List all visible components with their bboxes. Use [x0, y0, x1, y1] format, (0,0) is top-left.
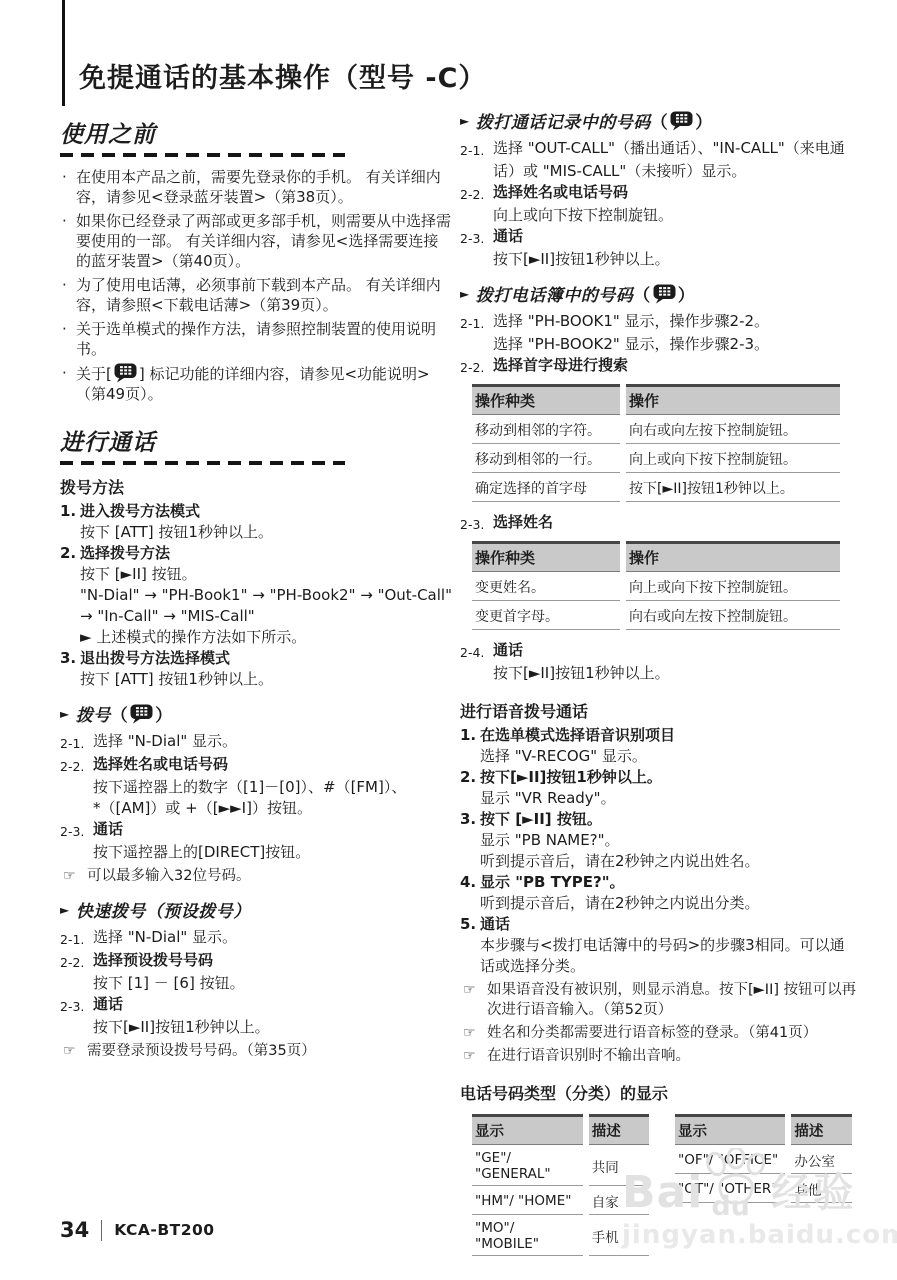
substep: 2-1. 选择 "OUT-CALL"（播出通话）、"IN-CALL"（来电通: [460, 138, 858, 161]
substep-title: 通话: [493, 226, 523, 249]
cell: 移动到相邻的字符。: [472, 415, 620, 444]
substep-body: 按下遥控器上的数字（[1]－[0]）、#（[FM]）、: [93, 777, 452, 798]
watermark-text: Bai: [622, 1167, 703, 1218]
table-header-row: 操作种类 操作: [472, 384, 840, 415]
step-title: 在选单模式选择语音识别项目: [480, 725, 675, 746]
substep: 2-1. 选择 "N-Dial" 显示。: [60, 731, 452, 754]
list-item: · 关于选单模式的操作方法，请参照控制装置的使用说明书。: [60, 319, 452, 359]
menu-bubble-icon: [670, 111, 693, 131]
dashed-rule: [60, 461, 345, 465]
footer-divider: [101, 1220, 102, 1241]
group-heading-phone-type: 电话号码类型（分类）的显示: [460, 1081, 858, 1104]
substep-text: 选择 "OUT-CALL"（播出通话）、"IN-CALL"（来电通: [493, 138, 845, 161]
baidu-jingyan-watermark: Bai du 经验 jingyan.baidu.com: [622, 1148, 872, 1250]
substep-number: 2-3.: [460, 226, 493, 249]
step-body: → "In-Call" → "MIS-Call": [80, 606, 452, 627]
step-number: 3.: [460, 809, 480, 830]
table-header-row: 显示 描述: [472, 1114, 649, 1145]
step-title: 选择拨号方法: [80, 543, 170, 564]
substep-number: 2-4.: [460, 640, 493, 663]
substep-body: 选择 "PH-BOOK2" 显示，操作步骤2-3。: [493, 334, 858, 355]
step-title: 通话: [480, 914, 510, 935]
note-hand-icon: ☞: [463, 1023, 487, 1043]
title-side-rule: [62, 0, 65, 106]
substep-number: 2-3.: [60, 819, 93, 842]
substep-text: 选择 "N-Dial" 显示。: [93, 731, 237, 754]
substep-text: 选择 "N-Dial" 显示。: [93, 927, 237, 950]
table-header-row: 显示 描述: [675, 1114, 852, 1145]
step-number: 3.: [60, 648, 80, 669]
substep-body: 按下[►II]按钮1秒钟以上。: [493, 663, 858, 684]
list-item: · 如果你已经登录了两部或更多部手机，则需要从中选择需要使用的一部。 有关详细内…: [60, 211, 452, 271]
substep-body: 按下[►II]按钮1秒钟以上。: [493, 249, 858, 270]
note-text: 姓名和分类都需要进行语音标签的登录。（第41页）: [487, 1023, 858, 1043]
page-number: 34: [60, 1218, 89, 1242]
substep-number: 2-3.: [60, 994, 93, 1017]
menu-bubble-icon: [114, 363, 137, 383]
cell: "MO"/ "MOBILE": [472, 1215, 583, 1256]
step-body: 选择 "V-RECOG" 显示。: [480, 746, 858, 767]
column-header: 操作种类: [472, 541, 620, 572]
note-text: 需要登录预设拨号号码。（第35页）: [87, 1041, 452, 1061]
note-text: 可以最多输入32位号码。: [87, 866, 452, 886]
step: 1. 进入拨号方法模式: [60, 501, 452, 522]
column-header: 操作: [626, 384, 840, 415]
bullet-text: 关于[] 标记功能的详细内容，请参见<功能说明>（第49页）。: [76, 363, 452, 404]
substep-number: 2-3.: [460, 512, 493, 535]
step-title: 显示 "PB TYPE?"。: [480, 872, 625, 893]
arrowhead-icon: ►: [60, 903, 70, 917]
substep-body: 向上或向下按下控制旋钮。: [493, 205, 858, 226]
step: 3. 按下 [►II] 按钮。: [460, 809, 858, 830]
step-body: 显示 "PB NAME?"。: [480, 830, 858, 851]
watermark-text: 经验: [771, 1161, 855, 1218]
note-hand-icon: ☞: [63, 1041, 87, 1061]
note-hand-icon: ☞: [463, 980, 487, 1020]
dashed-rule: [60, 153, 345, 157]
substep-title: 选择姓名或电话号码: [93, 754, 228, 777]
substep: 2-2. 选择姓名或电话号码: [460, 182, 858, 205]
step: 3. 退出拨号方法选择模式: [60, 648, 452, 669]
column-header: 描述: [589, 1114, 649, 1145]
paren-open: （: [111, 701, 129, 726]
bullet-icon: ·: [60, 275, 76, 315]
step-title: 退出拨号方法选择模式: [80, 648, 230, 669]
cell: 向右或向左按下控制旋钮。: [626, 415, 840, 444]
cell: 按下[►II]按钮1秒钟以上。: [626, 473, 840, 502]
note: ☞ 如果语音没有被识别，则显示消息。按下[►II] 按钮可以再次进行语音输入。（…: [463, 980, 858, 1020]
step-number: 1.: [60, 501, 80, 522]
column-header: 显示: [675, 1114, 785, 1145]
cell: "HM"/ "HOME": [472, 1186, 583, 1215]
list-item: · 在使用本产品之前，需要先登录你的手机。 有关详细内容，请参见<登录蓝牙装置>…: [60, 167, 452, 207]
cell: "GE"/ "GENERAL": [472, 1145, 583, 1186]
substep: 2-3. 通话: [60, 994, 452, 1017]
list-item: · 为了使用电话薄，必须事前下载到本产品。 有关详细内容，请参照<下载电话薄>（…: [60, 275, 452, 315]
step: 1. 在选单模式选择语音识别项目: [460, 725, 858, 746]
substep-body: 按下遥控器上的[DIRECT]按钮。: [93, 842, 452, 863]
cell: 移动到相邻的一行。: [472, 444, 620, 473]
step-number: 2.: [60, 543, 80, 564]
bullet-text: 如果你已经登录了两部或更多部手机，则需要从中选择需要使用的一部。 有关详细内容，…: [76, 211, 452, 271]
substep-text: 选择 "PH-BOOK1" 显示，操作步骤2-2。: [493, 311, 769, 334]
arrowhead-icon: ►: [60, 707, 70, 721]
substep: 2-3. 通话: [60, 819, 452, 842]
step-number: 4.: [460, 872, 480, 893]
substep-body: *（[AM]）或 +（[►►I]）按钮。: [93, 798, 452, 819]
substep-number: 2-1.: [60, 927, 93, 950]
substep-number: 2-1.: [460, 311, 493, 334]
cell: 向右或向左按下控制旋钮。: [626, 601, 840, 630]
substep: 2-4. 通话: [460, 640, 858, 663]
substep: 2-3. 通话: [460, 226, 858, 249]
step-number: 1.: [460, 725, 480, 746]
menu-bubble-icon: [653, 284, 676, 304]
watermark-logo: Bai du 经验: [622, 1148, 872, 1218]
column-header: 描述: [791, 1114, 852, 1145]
substep: 2-3. 选择姓名: [460, 512, 858, 535]
subheading-label: 拨打电话簿中的号码: [476, 281, 634, 306]
watermark-text: du: [711, 1191, 750, 1222]
substep-number: 2-2.: [60, 754, 93, 777]
step-title: 按下[►II]按钮1秒钟以上。: [480, 767, 662, 788]
substep-title: 选择预设拨号号码: [93, 950, 213, 973]
substep-title: 选择姓名或电话号码: [493, 182, 628, 205]
group-heading-voice-dial: 进行语音拨号通话: [460, 699, 858, 722]
paren-close: ）: [695, 108, 713, 133]
paren-close: ）: [155, 701, 173, 726]
step-body: 本步骤与<拨打电话簿中的号码>的步骤3相同。可以通话或选择分类。: [480, 935, 858, 977]
left-column: 使用之前 · 在使用本产品之前，需要先登录你的手机。 有关详细内容，请参见<登录…: [60, 116, 452, 1064]
substep-number: 2-1.: [60, 731, 93, 754]
step-body: 按下 [ATT] 按钮1秒钟以上。: [80, 669, 452, 690]
bullet-icon: ·: [60, 319, 76, 359]
section-heading-calling: 进行通话: [60, 424, 452, 457]
step-title: 按下 [►II] 按钮。: [480, 809, 602, 830]
step-number: 5.: [460, 914, 480, 935]
step-body: 听到提示音后，请在2秒钟之内说出分类。: [480, 893, 858, 914]
subheading-label: 拨号: [76, 701, 111, 726]
substep-title: 通话: [93, 819, 123, 842]
cell: 确定选择的首字母: [472, 473, 620, 502]
table-header-row: 操作种类 操作: [472, 541, 840, 572]
step-body: ► 上述模式的操作方法如下所示。: [80, 627, 452, 648]
group-heading-dial-method: 拨号方法: [60, 475, 452, 498]
arrowhead-icon: ►: [460, 287, 470, 301]
subheading-speed-dial: ► 快速拨号（预设拨号）: [60, 897, 452, 922]
right-column: ► 拨打通话记录中的号码 （ ） 2-1. 选择 "OUT-CALL"（播出通话…: [460, 108, 858, 1266]
step: 4. 显示 "PB TYPE?"。: [460, 872, 858, 893]
paren-open: （: [651, 108, 669, 133]
substep-body: 话）或 "MIS-CALL"（未接听）显示。: [493, 161, 858, 182]
substep: 2-2. 选择预设拨号号码: [60, 950, 452, 973]
note-hand-icon: ☞: [63, 866, 87, 886]
substep: 2-1. 选择 "N-Dial" 显示。: [60, 927, 452, 950]
step-body: "N-Dial" → "PH-Book1" → "PH-Book2" → "Ou…: [80, 585, 452, 606]
substep-title: 选择姓名: [493, 512, 553, 535]
cell: 向上或向下按下控制旋钮。: [626, 444, 840, 473]
substep-body: 按下 [1] － [6] 按钮。: [93, 973, 452, 994]
step-body: 听到提示音后，请在2秒钟之内说出姓名。: [480, 851, 858, 872]
bullet-text: 为了使用电话薄，必须事前下载到本产品。 有关详细内容，请参照<下载电话薄>（第3…: [76, 275, 452, 315]
cell: 变更姓名。: [472, 572, 620, 601]
cell: 向上或向下按下控制旋钮。: [626, 572, 840, 601]
search-operation-table: 操作种类 操作 移动到相邻的字符。 向右或向左按下控制旋钮。 移动到相邻的一行。…: [466, 384, 846, 502]
table-row: 变更首字母。 向右或向左按下控制旋钮。: [472, 601, 840, 630]
page-title: 免提通话的基本操作（型号 -C）: [79, 56, 486, 95]
note-text: 如果语音没有被识别，则显示消息。按下[►II] 按钮可以再次进行语音输入。（第5…: [487, 980, 858, 1020]
name-operation-table: 操作种类 操作 变更姓名。 向上或向下按下控制旋钮。 变更首字母。 向右或向左按…: [466, 541, 846, 630]
substep: 2-2. 选择姓名或电话号码: [60, 754, 452, 777]
step-title: 进入拨号方法模式: [80, 501, 200, 522]
cell: 变更首字母。: [472, 601, 620, 630]
subheading-phonebook: ► 拨打电话簿中的号码 （ ）: [460, 281, 858, 306]
bullet-text-pre: 关于[: [76, 365, 112, 383]
step-body: 按下 [►II] 按钮。: [80, 564, 452, 585]
table-row: 移动到相邻的字符。 向右或向左按下控制旋钮。: [472, 415, 840, 444]
substep-number: 2-1.: [460, 138, 493, 161]
section-heading-before-use: 使用之前: [60, 116, 452, 149]
note: ☞ 可以最多输入32位号码。: [63, 866, 452, 886]
table-row: 确定选择的首字母 按下[►II]按钮1秒钟以上。: [472, 473, 840, 502]
substep-title: 选择首字母进行搜索: [493, 355, 628, 378]
note-text: 在进行语音识别时不输出音响。: [487, 1046, 858, 1066]
step-body: 显示 "VR Ready"。: [480, 788, 858, 809]
menu-bubble-icon: [130, 704, 153, 724]
list-item: · 关于[] 标记功能的详细内容，请参见<功能说明>（第49页）。: [60, 363, 452, 404]
substep: 2-2. 选择首字母进行搜索: [460, 355, 858, 378]
subheading-label: 拨打通话记录中的号码: [476, 108, 651, 133]
step-number: 2.: [460, 767, 480, 788]
bullet-text: 在使用本产品之前，需要先登录你的手机。 有关详细内容，请参见<登录蓝牙装置>（第…: [76, 167, 452, 207]
substep-body: 按下[►II]按钮1秒钟以上。: [93, 1017, 452, 1038]
substep-title: 通话: [93, 994, 123, 1017]
step: 2. 按下[►II]按钮1秒钟以上。: [460, 767, 858, 788]
page-footer: 34 KCA-BT200: [60, 1218, 215, 1242]
paw-icon: du: [703, 1148, 769, 1218]
substep-number: 2-2.: [60, 950, 93, 973]
table-row: 移动到相邻的一行。 向上或向下按下控制旋钮。: [472, 444, 840, 473]
note: ☞ 在进行语音识别时不输出音响。: [463, 1046, 858, 1066]
bullet-text: 关于选单模式的操作方法，请参照控制装置的使用说明书。: [76, 319, 452, 359]
step-body: 按下 [ATT] 按钮1秒钟以上。: [80, 522, 452, 543]
paren-close: ）: [678, 281, 696, 306]
subheading-call-record: ► 拨打通话记录中的号码 （ ）: [460, 108, 858, 133]
column-header: 显示: [472, 1114, 583, 1145]
bullet-icon: ·: [60, 211, 76, 271]
note-hand-icon: ☞: [463, 1046, 487, 1066]
subheading-label: 快速拨号（预设拨号）: [76, 897, 251, 922]
step: 2. 选择拨号方法: [60, 543, 452, 564]
note: ☞ 姓名和分类都需要进行语音标签的登录。（第41页）: [463, 1023, 858, 1043]
column-header: 操作: [626, 541, 840, 572]
substep-title: 通话: [493, 640, 523, 663]
step: 5. 通话: [460, 914, 858, 935]
substep: 2-1. 选择 "PH-BOOK1" 显示，操作步骤2-2。: [460, 311, 858, 334]
subheading-dial: ► 拨号 （ ）: [60, 701, 452, 726]
bullet-icon: ·: [60, 363, 76, 404]
model-number: KCA-BT200: [114, 1221, 214, 1239]
bullet-icon: ·: [60, 167, 76, 207]
substep-number: 2-2.: [460, 355, 493, 378]
column-header: 操作种类: [472, 384, 620, 415]
watermark-url: jingyan.baidu.com: [622, 1220, 872, 1250]
paren-open: （: [633, 281, 651, 306]
substep-number: 2-2.: [460, 182, 493, 205]
table-row: 变更姓名。 向上或向下按下控制旋钮。: [472, 572, 840, 601]
note: ☞ 需要登录预设拨号号码。（第35页）: [63, 1041, 452, 1061]
arrowhead-icon: ►: [460, 114, 470, 128]
